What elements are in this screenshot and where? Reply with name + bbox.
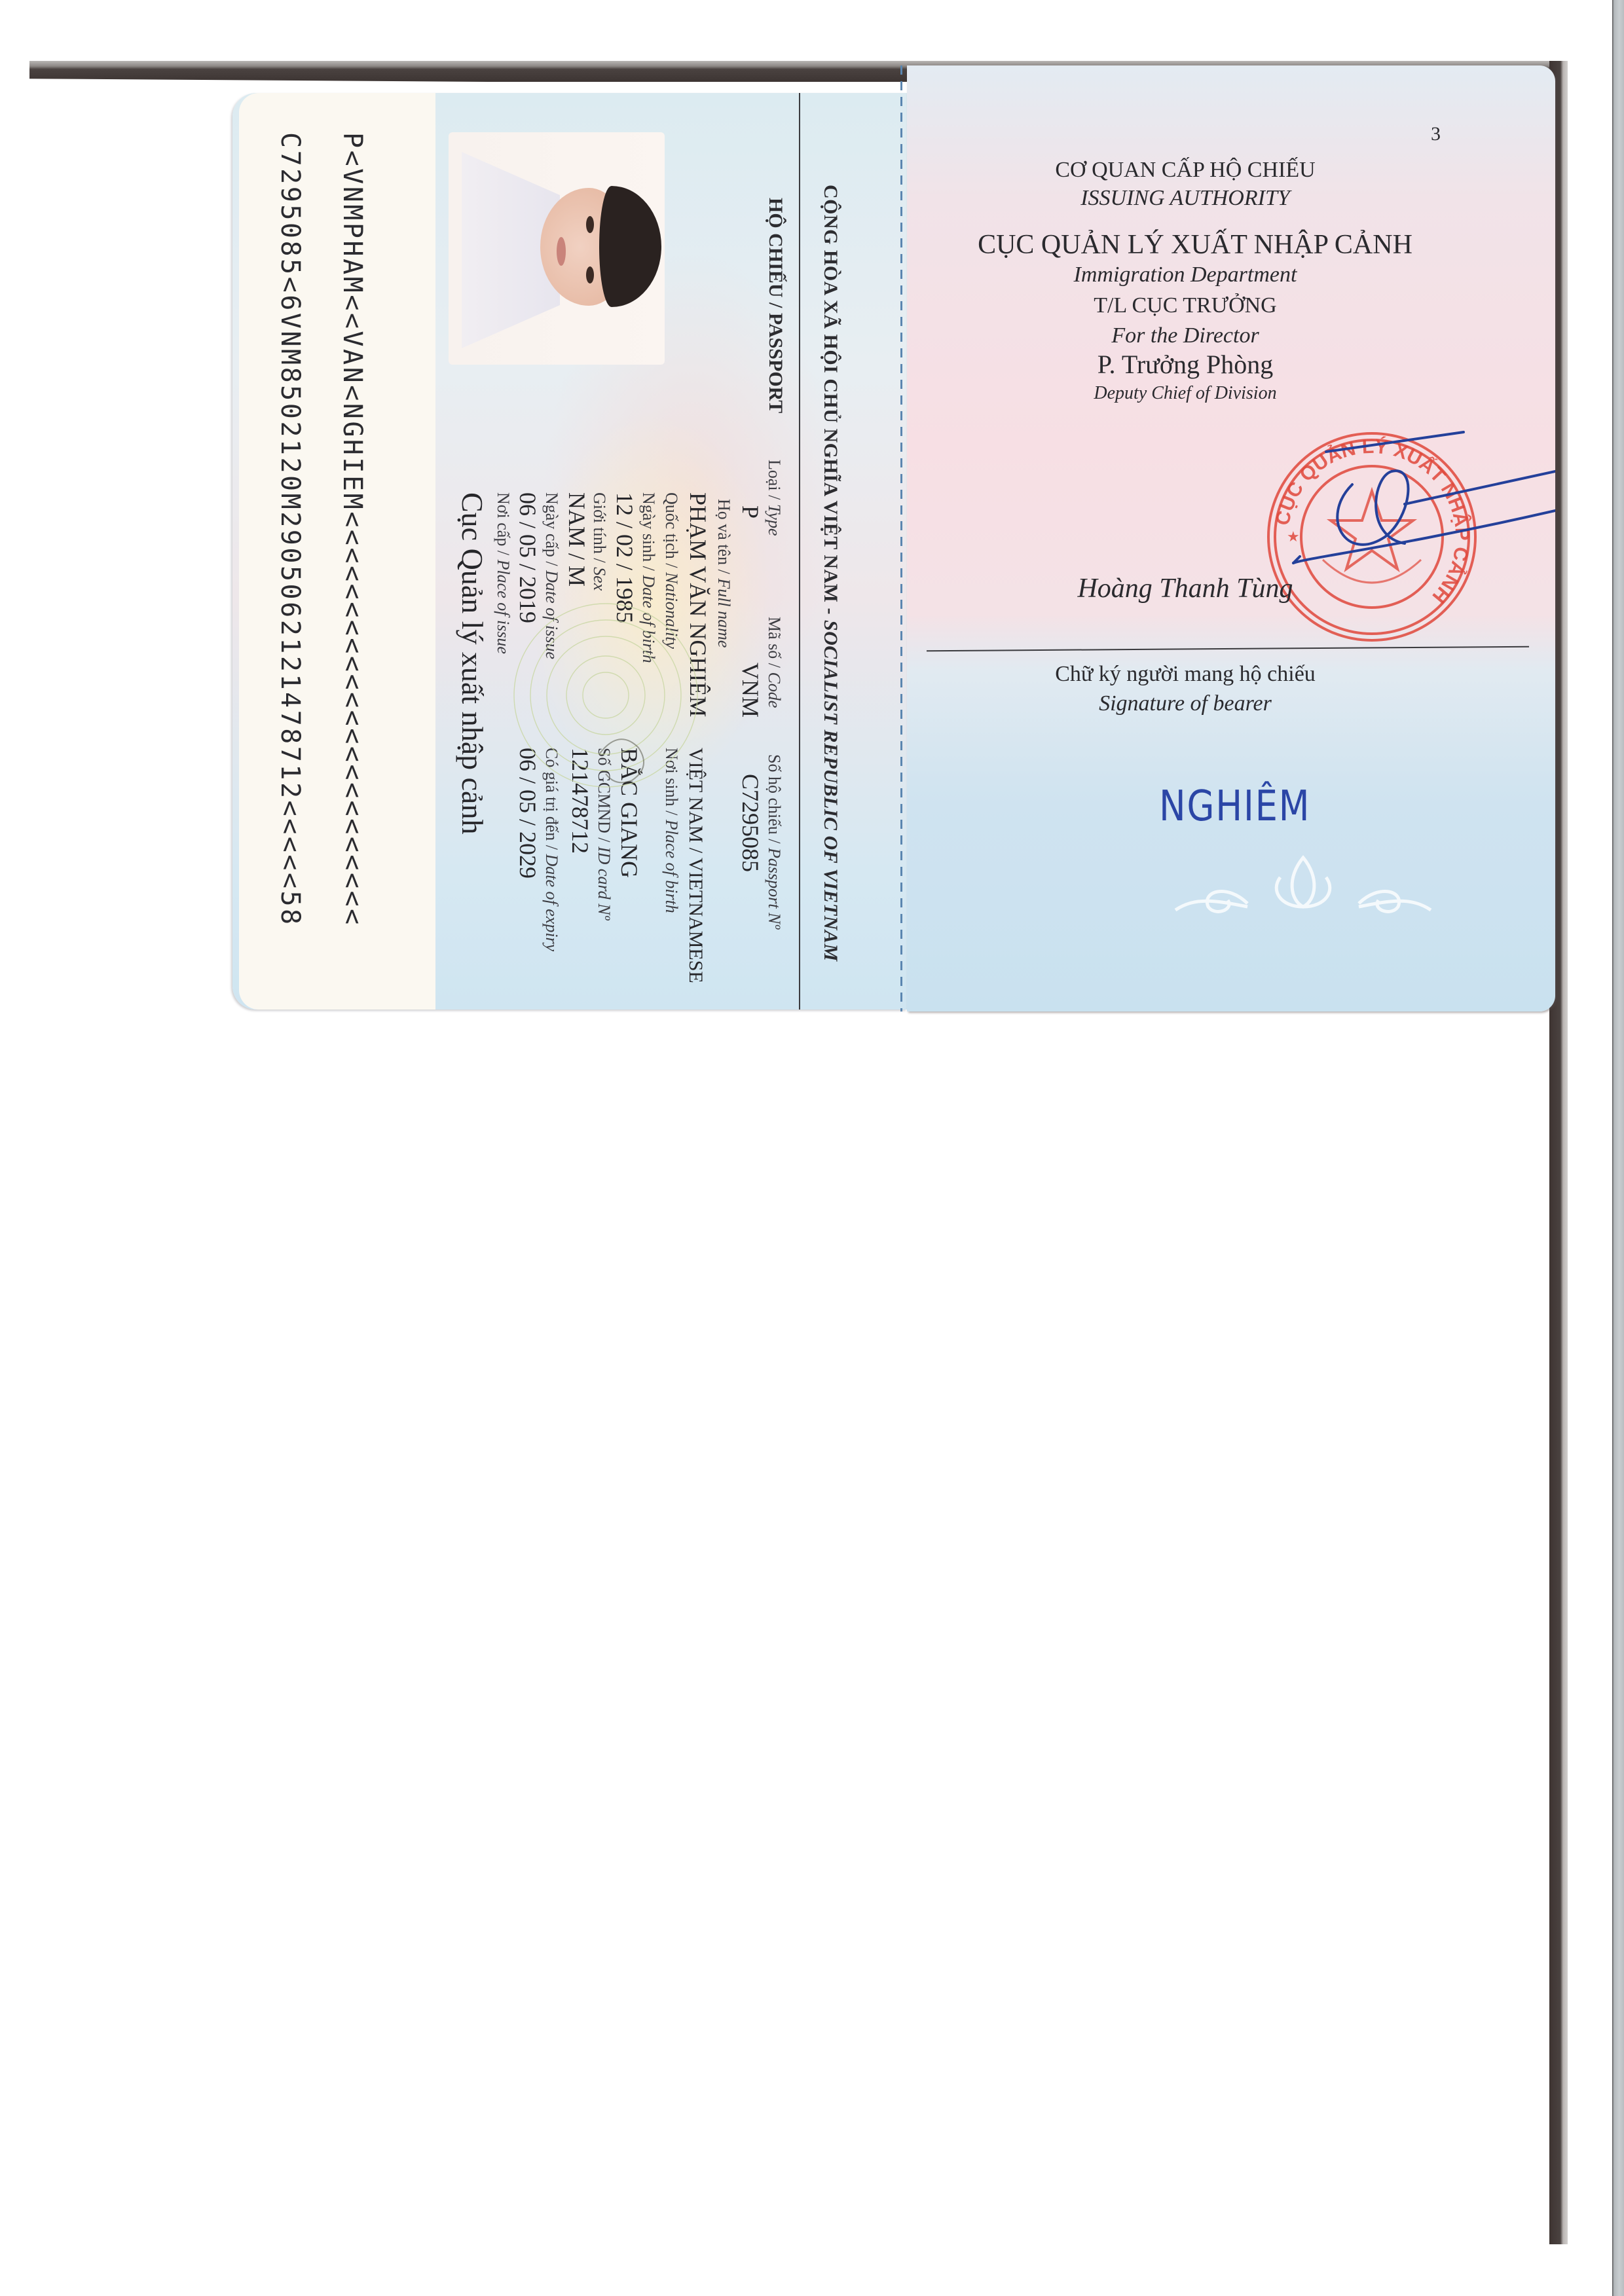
bearer-signature: NGHIÊM xyxy=(1159,782,1310,831)
issuing-authority-en: ISSUING AUTHORITY xyxy=(907,185,1464,211)
bearer-signature-label-en: Signature of bearer xyxy=(907,691,1464,716)
mrz-zone: P<VNMPHAM<<VAN<NGHIEM<<<<<<<<<<<<<<<<<<<… xyxy=(239,93,435,1010)
code-value: VNM xyxy=(737,663,764,718)
code-label: Mã số / Code xyxy=(764,617,784,708)
passport-no-label: Số hộ chiếu / Passport Nº xyxy=(764,754,784,929)
lotus-ornament-icon xyxy=(1149,845,1457,917)
issuing-authority-vi: CƠ QUAN CẤP HỘ CHIẾU xyxy=(907,157,1464,183)
page-number: 3 xyxy=(1431,123,1441,145)
official-name: Hoàng Thanh Tùng xyxy=(907,573,1464,604)
republic-header: CỘNG HÒA XÃ HỘI CHỦ NGHĨA VIỆT NAM - SOC… xyxy=(819,185,841,962)
signature-divider xyxy=(927,646,1529,651)
passport-spread: P<VNMPHAM<<VAN<NGHIEM<<<<<<<<<<<<<<<<<<<… xyxy=(232,65,1555,1011)
position-vi: P. Trưởng Phòng xyxy=(907,350,1464,380)
sex-label: Giới tính / Sex xyxy=(589,492,609,591)
position-en: Deputy Chief of Division xyxy=(907,383,1464,404)
sex-value: NAM / M xyxy=(563,492,591,587)
security-watermark-icon xyxy=(507,591,704,800)
passport-no-value: C7295085 xyxy=(737,774,764,872)
holder-photo xyxy=(449,132,665,365)
mrz-line-2: C7295085<6VNM8502120M2905062121478712<<<… xyxy=(275,132,305,927)
document-title: HỘ CHIẾU / PASSPORT xyxy=(764,198,786,413)
poi-value: Cục Quản lý xuất nhập cảnh xyxy=(455,492,490,834)
full-name-label: Họ và tên / Full name xyxy=(714,499,733,647)
bearer-signature-label-vi: Chữ ký người mang hộ chiếu xyxy=(907,661,1464,687)
for-director-vi: T/L CỤC TRƯỞNG xyxy=(907,293,1464,318)
spine-stitching xyxy=(900,65,902,1011)
passport-authority-page: 3 CƠ QUAN CẤP HỘ CHIẾU ISSUING AUTHORITY… xyxy=(907,65,1555,1011)
official-signature-icon xyxy=(1202,406,1555,576)
header-divider xyxy=(799,93,800,1010)
for-director-en: For the Director xyxy=(907,323,1464,348)
passport-data-page: P<VNMPHAM<<VAN<NGHIEM<<<<<<<<<<<<<<<<<<<… xyxy=(232,93,907,1010)
mrz-line-1: P<VNMPHAM<<VAN<NGHIEM<<<<<<<<<<<<<<<<<<<… xyxy=(337,132,367,927)
scanner-page-edge xyxy=(1612,0,1624,2296)
department-en: Immigration Department xyxy=(907,262,1464,287)
department-vi: CỤC QUẢN LÝ XUẤT NHẬP CẢNH xyxy=(907,229,1483,261)
type-label: Loại / Type xyxy=(764,460,784,536)
type-value: P xyxy=(737,505,764,519)
